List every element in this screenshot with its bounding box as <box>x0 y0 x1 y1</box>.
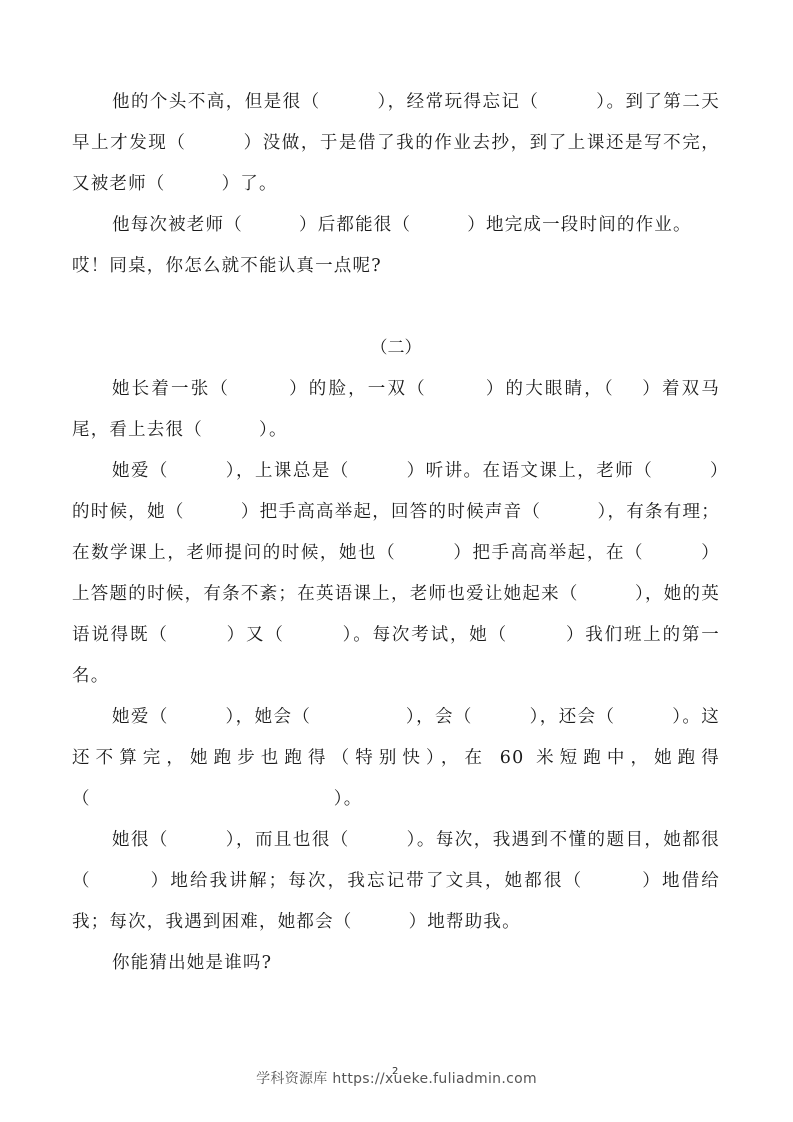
paragraph-deskmate-closing: 哎！同桌，你怎么就不能认真一点呢? <box>72 246 720 287</box>
document-page: 他的个头不高，但是很（ ），经常玩得忘记（ ）。到了第二天早上才发现（ ）没做，… <box>72 82 720 984</box>
paragraph-question: 你能猜出她是谁吗? <box>72 943 720 984</box>
paragraph-hobbies: 她爱（ ），她会（ ），会（ ），还会（ ）。这还不算完，她跑步也跑得（特别快）… <box>72 697 720 820</box>
paragraph-deskmate-description: 他的个头不高，但是很（ ），经常玩得忘记（ ）。到了第二天早上才发现（ ）没做，… <box>72 82 720 205</box>
page-number: 2 <box>392 1066 398 1077</box>
section-spacer <box>72 287 720 328</box>
paragraph-appearance: 她长着一张（ ）的脸，一双（ ）的大眼睛，（ ）着双马尾，看上去很（ ）。 <box>72 369 720 451</box>
paragraph-study: 她爱（ ），上课总是（ ）听讲。在语文课上，老师（ ）的时候，她（ ）把手高高举… <box>72 451 720 697</box>
section-heading: （二） <box>72 328 720 369</box>
paragraph-deskmate-homework: 他每次被老师（ ）后都能很（ ）地完成一段时间的作业。 <box>72 205 720 246</box>
paragraph-helpful: 她很（ ），而且也很（ ）。每次，我遇到不懂的题目，她都很（ ）地给我讲解；每次… <box>72 820 720 943</box>
